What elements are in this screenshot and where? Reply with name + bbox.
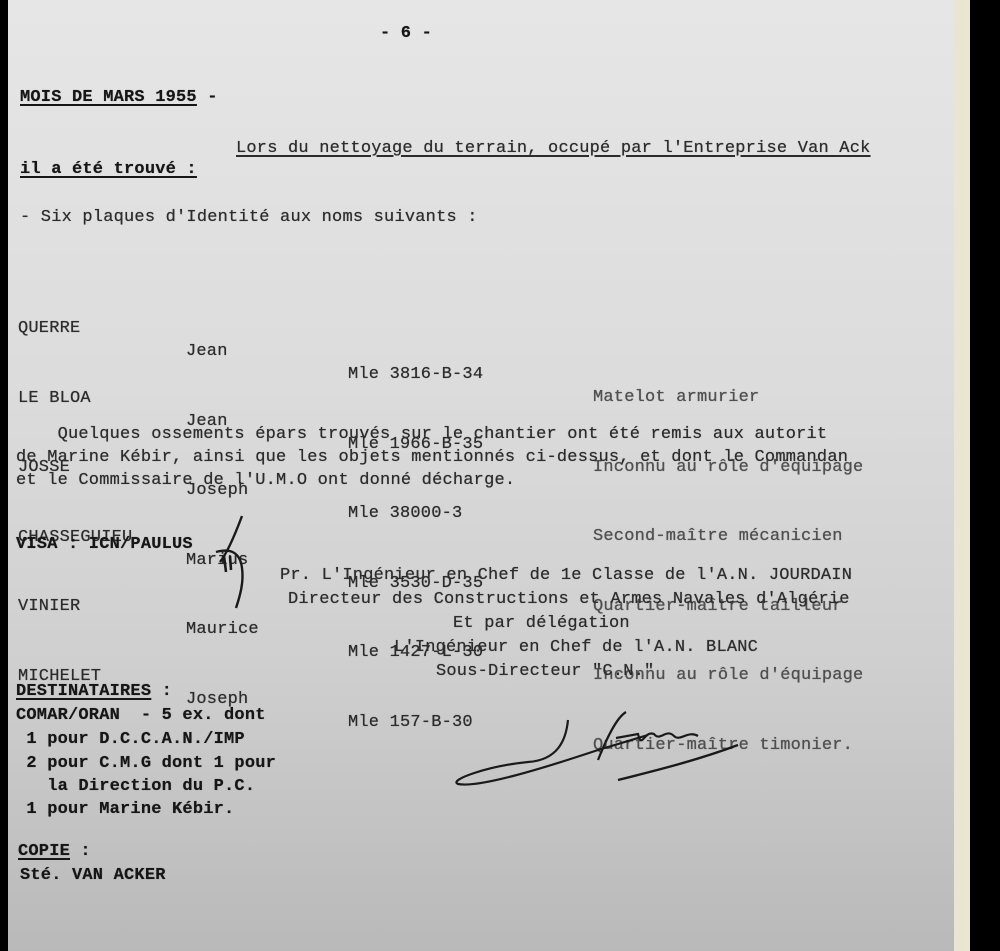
destinataires-title: DESTINATAIRES (16, 682, 151, 701)
registration-number: Mle 38000-3 (348, 502, 462, 525)
document-heading: MOIS DE MARS 1955 - (20, 86, 218, 109)
heading-text: MOIS DE MARS 1955 (20, 88, 197, 107)
role: Matelot armurier (593, 386, 759, 409)
signature-line-1: Pr. L'Ingénieur en Chef de 1e Classe de … (280, 564, 852, 587)
table-row: VINIER Maurice Mle 1427-L-30 Inconnu au … (18, 572, 101, 596)
surname: VINIER (18, 595, 80, 618)
signature-line-4: L'Ingénieur en Chef de l'A.N. BLANC (394, 636, 758, 659)
intro-line-1: Lors du nettoyage du terrain, occupé par… (236, 137, 871, 160)
copie-recipient: Sté. VAN ACKER (20, 864, 166, 887)
table-row: QUERRE Jean Mle 3816-B-34 Matelot armuri… (18, 294, 101, 318)
handwritten-signature (448, 700, 748, 795)
table-row: LE BLOA Jean Mle 1966-B-35 Inconnu au rô… (18, 364, 101, 388)
firstname: Maurice (186, 618, 259, 641)
table-row: CHASSEGUIEU Marius Mle 3530-D-35 Quartie… (18, 503, 101, 527)
destinataire-line: la Direction du P.C. (16, 775, 255, 798)
copie-title: COPIE (18, 842, 70, 861)
firstname: Jean (186, 340, 228, 363)
table-row: MICHELET Joseph Mle 157-B-30 Quartier-ma… (18, 642, 101, 666)
signature-line-3: Et par délégation (453, 612, 630, 635)
heading-dash: - (207, 88, 217, 107)
surname: QUERRE (18, 317, 80, 340)
registration-number: Mle 3816-B-34 (348, 363, 483, 386)
destinataire-line: 1 pour Marine Kébir. (16, 798, 234, 821)
intro-line-2: il a été trouvé : (20, 158, 197, 181)
destinataires-heading: DESTINATAIRES : (16, 680, 172, 703)
copie-heading: COPIE : (18, 840, 91, 863)
signature-line-5: Sous-Directeur "C.N." (436, 660, 654, 683)
signature-line-2: Directeur des Constructions et Armes Nav… (288, 588, 850, 611)
copie-colon: : (70, 842, 91, 861)
visa-line: VISA : ICN/PAULUS (16, 533, 193, 556)
list-intro: - Six plaques d'Identité aux noms suivan… (20, 206, 478, 229)
paragraph-line-2: de Marine Kébir, ainsi que les objets me… (16, 446, 848, 469)
paragraph-line-1: Quelques ossements épars trouvés sur le … (16, 423, 827, 446)
page-number: - 6 - (380, 22, 432, 45)
paragraph-line-3: et le Commissaire de l'U.M.O ont donné d… (16, 469, 515, 492)
document-page: - 6 - MOIS DE MARS 1955 - Lors du nettoy… (8, 0, 970, 951)
role: Second-maître mécanicien (593, 525, 843, 548)
surname: LE BLOA (18, 387, 91, 410)
destinataires-colon: : (151, 682, 172, 701)
visa-initials-signature (206, 512, 256, 612)
destinataire-line: 1 pour D.C.C.A.N./IMP (16, 728, 245, 751)
destinataire-line: 2 pour C.M.G dont 1 pour (16, 752, 276, 775)
destinataire-line: COMAR/ORAN - 5 ex. dont (16, 704, 266, 727)
